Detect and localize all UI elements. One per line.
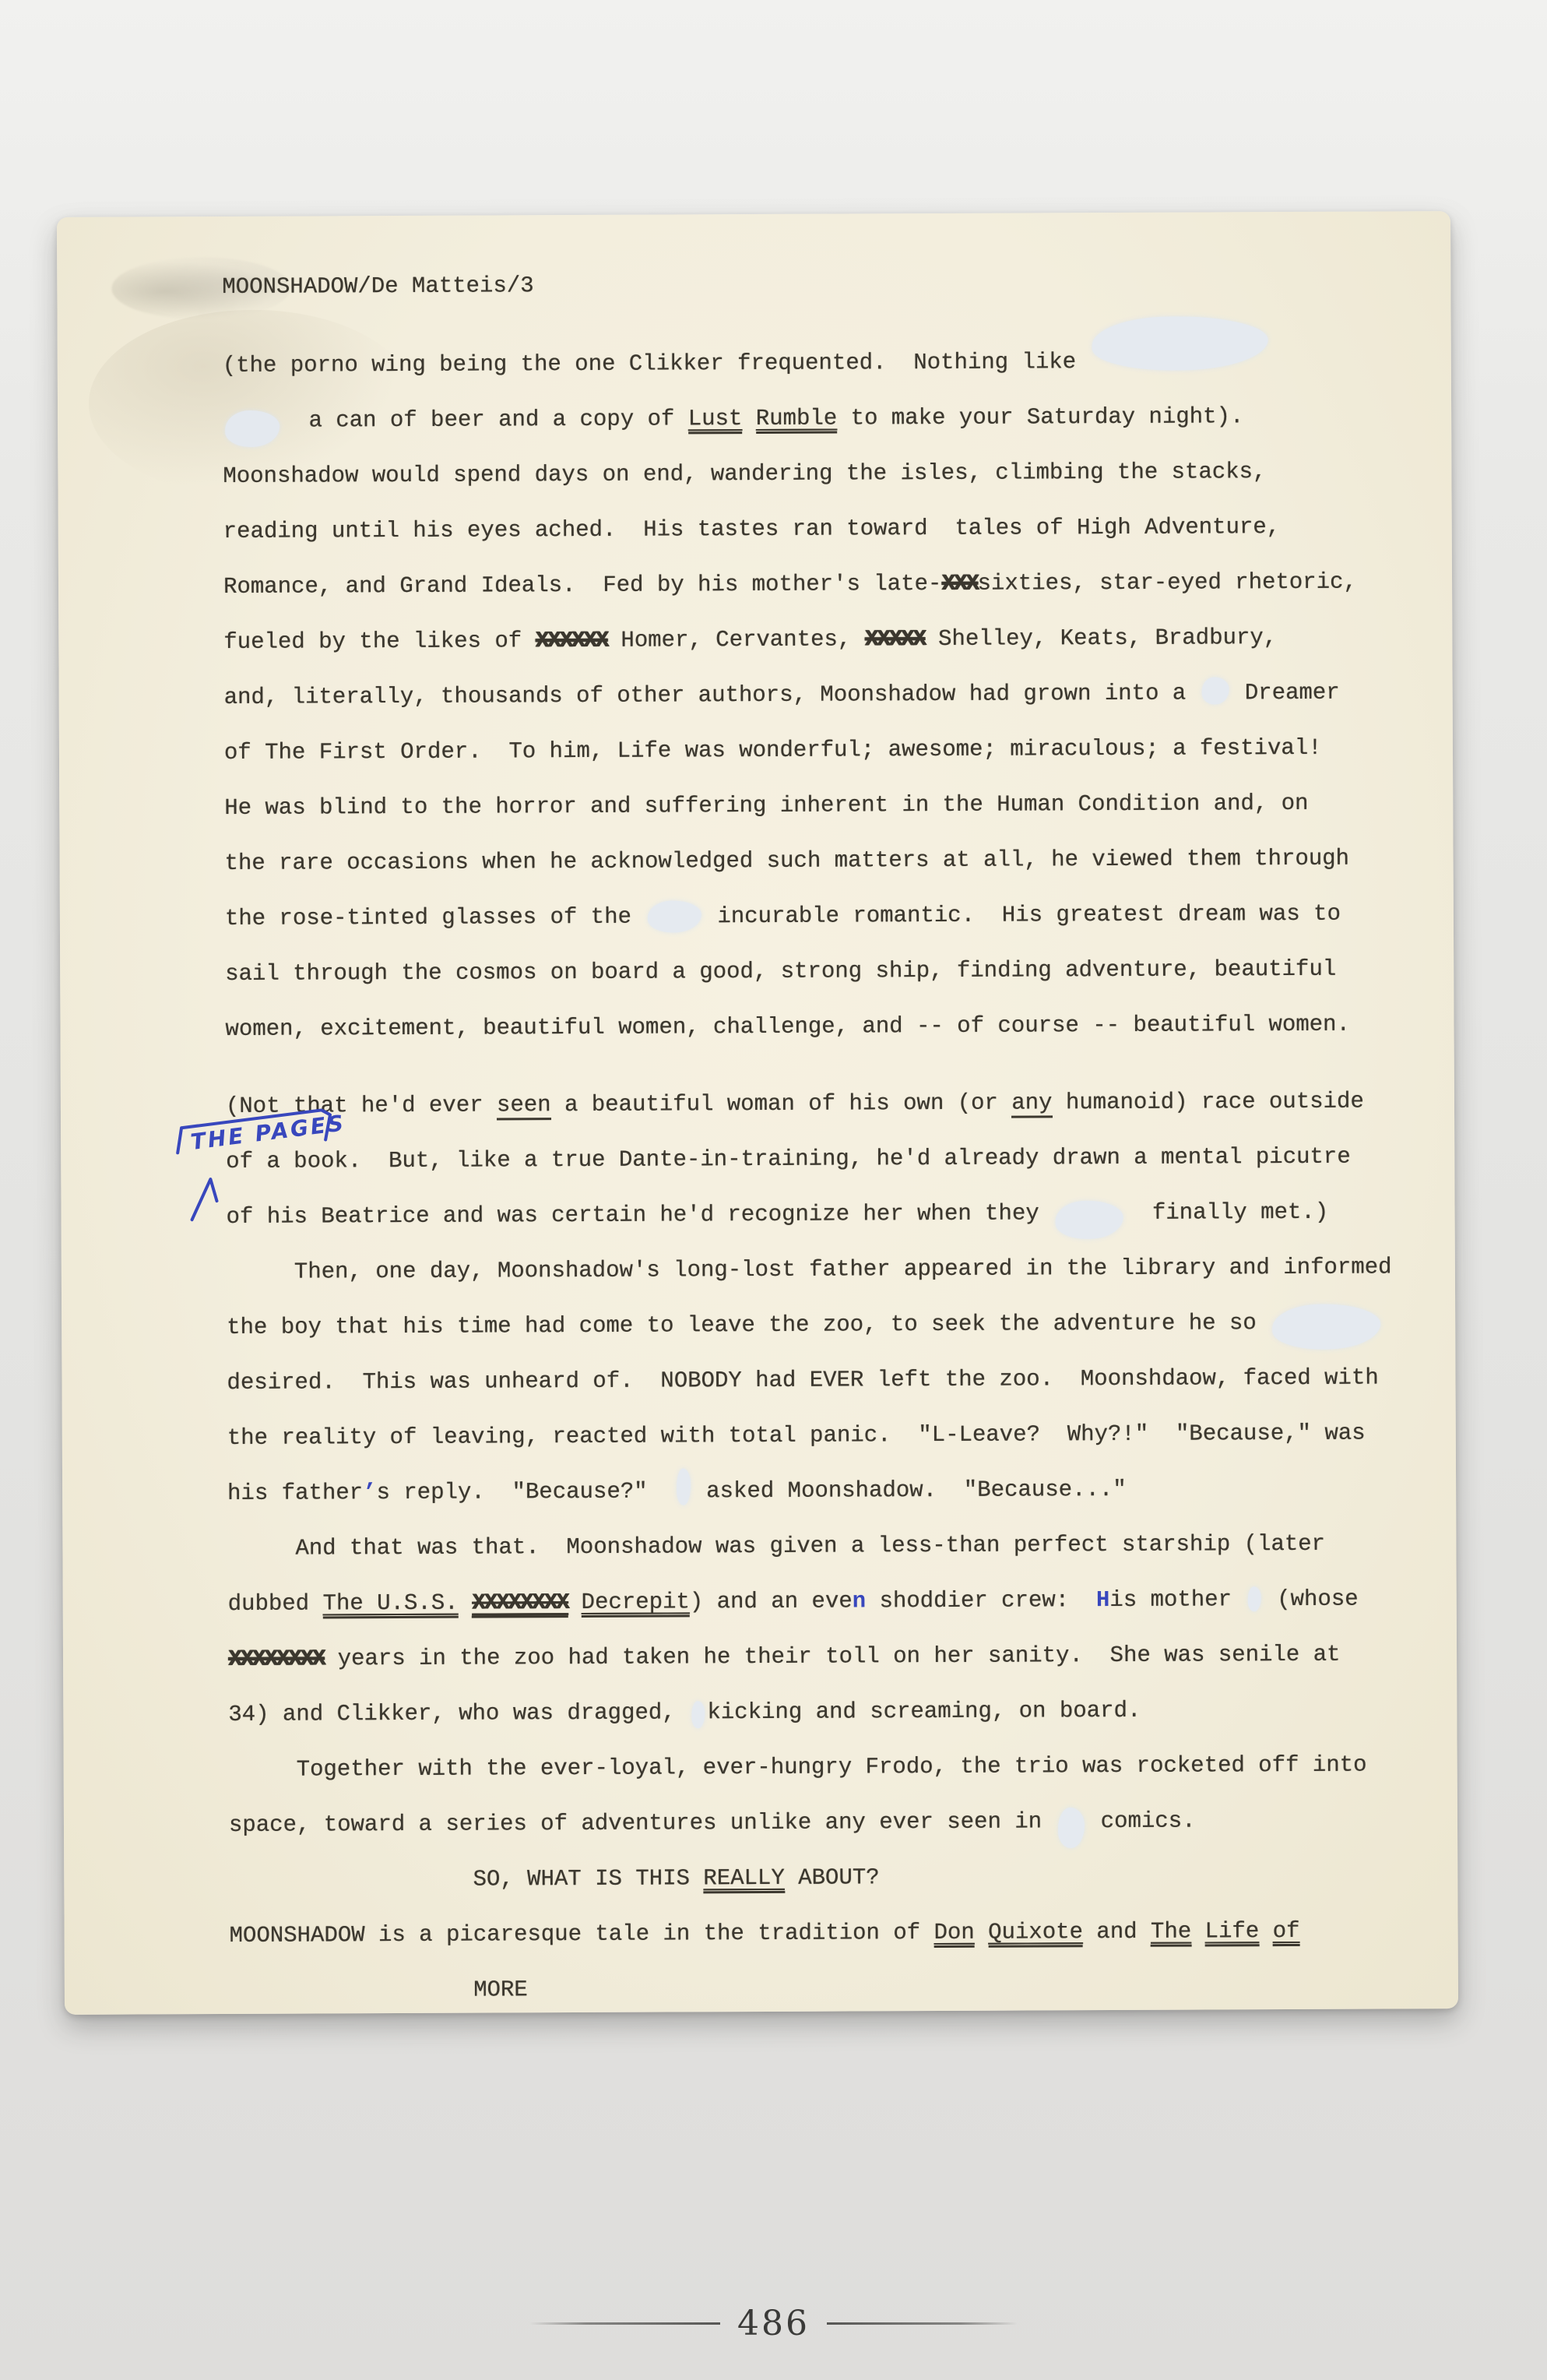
typescript-line: the rose-tinted glasses of the incurable…: [225, 885, 1422, 946]
typescript-line: SO, WHAT IS THIS REALLY ABOUT?: [229, 1847, 1426, 1908]
typed-strikeout: XXXXXXXX: [472, 1590, 568, 1618]
typescript-line: a can of beer and a copy of Lust Rumble …: [223, 388, 1420, 449]
underlined-text: Decrepit: [582, 1589, 690, 1618]
whiteout-patch: [691, 1701, 705, 1728]
typescript-line: and, literally, thousands of other autho…: [224, 664, 1422, 725]
text-segment: asked Moonshadow. "Because...": [693, 1477, 1127, 1504]
text-segment: ABOUT?: [785, 1864, 880, 1891]
blue-ink-correction: n: [853, 1588, 867, 1614]
text-segment: MORE: [230, 1977, 528, 2004]
typescript-line: 34) and Clikker, who was dragged, kickin…: [228, 1681, 1426, 1742]
underlined-text: Life: [1205, 1918, 1260, 1946]
whiteout-patch: [1092, 315, 1268, 371]
typescript-line: Then, one day, Moonshadow's long-lost fa…: [227, 1239, 1424, 1300]
typescript-line: And that was that. Moonshadow was given …: [227, 1516, 1425, 1576]
typescript-line: Moonshadow would spend days on end, wand…: [223, 443, 1420, 504]
typescript-line: Together with the ever-loyal, ever-hungr…: [229, 1737, 1426, 1797]
underlined-text: Don: [933, 1920, 974, 1948]
scan-background: { "colors": { "paper": "#f3eedd", "backg…: [0, 0, 1547, 2380]
page-header: MOONSHADOW/De Matteis/3: [222, 254, 1419, 315]
underlined-text: The U.S.S.: [322, 1590, 458, 1619]
page-number-footer: 486: [0, 2296, 1547, 2350]
text-segment: And that was that. Moonshadow was given …: [227, 1531, 1325, 1561]
underlined-text: Rumble: [756, 406, 838, 434]
text-segment: and: [1083, 1919, 1151, 1945]
text-segment: his father: [227, 1480, 363, 1506]
text-segment: ) and an eve: [690, 1588, 853, 1614]
blue-ink-correction: H: [1096, 1587, 1110, 1613]
underlined-text: Quixote: [988, 1919, 1083, 1948]
text-segment: and, literally, thousands of other autho…: [224, 681, 1200, 710]
typescript-line: MORE: [230, 1958, 1427, 2019]
text-segment: sail through the cosmos on board a good,…: [225, 956, 1336, 987]
text-segment: kicking and screaming, on board.: [707, 1698, 1141, 1725]
whiteout-patch: [1202, 677, 1229, 704]
typescript-line: of his Beatrice and was certain he'd rec…: [226, 1184, 1423, 1245]
typescript-line: dubbed The U.S.S. XXXXXXXX Decrepit) and…: [228, 1571, 1426, 1632]
text-segment: [975, 1920, 989, 1945]
footer-rule-left: [529, 2322, 720, 2325]
text-segment: (the porno wing being the one Clikker fr…: [223, 349, 1090, 378]
underlined-text: of: [1273, 1918, 1300, 1946]
text-segment: the rare occasions when he acknowledged …: [225, 846, 1350, 876]
footer-rule-right: [827, 2322, 1018, 2325]
text-segment: [568, 1590, 582, 1615]
text-segment: women, excitement, beautiful women, chal…: [225, 1012, 1350, 1042]
typescript-line: fueled by the likes of XXXXXX Homer, Cer…: [223, 609, 1421, 670]
whiteout-patch: [1272, 1304, 1380, 1350]
text-segment: [459, 1590, 473, 1616]
typescript-line: of The First Order. To him, Life was won…: [224, 720, 1422, 780]
annotation-caret-arrow: [192, 1179, 216, 1220]
text-segment: s reply. "Because?": [376, 1478, 674, 1505]
typescript-line: reading until his eyes ached. His tastes…: [223, 498, 1421, 559]
text-segment: [742, 406, 756, 431]
typescript-line: his father’s reply. "Because?" asked Moo…: [227, 1460, 1425, 1521]
text-segment: Romance, and Grand Ideals. Fed by his mo…: [223, 571, 941, 600]
typescript-line: sail through the cosmos on board a good,…: [225, 941, 1422, 1002]
text-segment: Dreamer: [1231, 680, 1339, 706]
text-segment: the boy that his time had come to leave …: [227, 1310, 1270, 1340]
text-segment: to make your Saturday night).: [837, 403, 1243, 431]
text-segment: sixties, star-eyed rhetoric,: [978, 569, 1357, 597]
text-segment: desired. This was unheard of. NOBODY had…: [227, 1365, 1378, 1396]
text-segment: 34) and Clikker, who was dragged,: [228, 1699, 689, 1727]
typescript-line: space, toward a series of adventures unl…: [229, 1792, 1426, 1853]
whiteout-patch: [1055, 1200, 1123, 1239]
text-segment: years in the zoo had taken he their toll…: [324, 1642, 1340, 1672]
typescript-line: He was blind to the horror and suffering…: [224, 775, 1422, 836]
text-segment: Together with the ever-loyal, ever-hungr…: [229, 1752, 1367, 1783]
text-segment: He was blind to the horror and suffering…: [224, 790, 1308, 821]
text-segment: Shelley, Keats, Bradbury,: [925, 625, 1278, 652]
typed-strikeout: XXXXXXXX: [228, 1646, 324, 1672]
underlined-text: Lust: [688, 406, 743, 434]
typescript-line: (the porno wing being the one Clikker fr…: [223, 333, 1420, 393]
typescript-line: women, excitement, beautiful women, chal…: [225, 996, 1422, 1057]
text-segment: comics.: [1087, 1808, 1195, 1835]
typescript-line: MOONSHADOW is a picaresque tale in the t…: [229, 1903, 1426, 1963]
typed-strikeout: XXXXXX: [536, 628, 608, 653]
typed-strikeout: XXXXX: [865, 626, 925, 652]
text-segment: [1259, 1918, 1273, 1944]
text-segment: [1191, 1919, 1205, 1945]
underlined-text: The: [1151, 1919, 1191, 1947]
typescript-line: Romance, and Grand Ideals. Fed by his mo…: [223, 554, 1421, 614]
typescript-line: the reality of leaving, reacted with tot…: [227, 1405, 1425, 1466]
text-segment: Moonshadow would spend days on end, wand…: [223, 459, 1266, 489]
text-segment: Homer, Cervantes,: [607, 626, 865, 653]
text-segment: a can of beer and a copy of: [282, 406, 688, 433]
underlined-text: any: [1011, 1090, 1052, 1118]
text-segment: of The First Order. To him, Life was won…: [224, 735, 1322, 766]
blue-ink-correction: ’: [363, 1480, 377, 1505]
underlined-text: REALLY: [703, 1865, 785, 1893]
typescript-line: desired. This was unheard of. NOBODY had…: [227, 1350, 1424, 1410]
whiteout-patch: [647, 900, 701, 932]
typescript-line: of a book. But, like a true Dante-in-tra…: [226, 1128, 1423, 1189]
text-segment: incurable romantic. His greatest dream w…: [704, 901, 1341, 930]
whiteout-patch: [225, 410, 280, 447]
typed-strikeout: XXX: [941, 571, 977, 597]
text-segment: MOONSHADOW is a picaresque tale in the t…: [230, 1920, 934, 1949]
text-segment: fueled by the likes of: [223, 628, 535, 655]
text-segment: SO, WHAT IS THIS: [229, 1865, 703, 1893]
text-segment: Then, one day, Moonshadow's long-lost fa…: [227, 1254, 1392, 1285]
typescript-line: XXXXXXXX years in the zoo had taken he t…: [228, 1626, 1426, 1687]
page-number: 486: [737, 2304, 810, 2343]
text-segment: humanoid) race outside: [1052, 1089, 1363, 1116]
text-segment: the rose-tinted glasses of the: [225, 904, 645, 931]
text-segment: finally met.): [1125, 1199, 1328, 1226]
typescript-line: the rare occasions when he acknowledged …: [224, 830, 1422, 891]
whiteout-patch: [677, 1469, 691, 1505]
text-segment: space, toward a series of adventures unl…: [229, 1808, 1056, 1838]
text-segment: the reality of leaving, reacted with tot…: [227, 1421, 1366, 1451]
text-segment: reading until his eyes ached. His tastes…: [223, 514, 1281, 544]
typescript-line: (Not that he'd ever seen a beautiful wom…: [226, 1073, 1423, 1134]
underlined-text: seen: [497, 1092, 551, 1120]
whiteout-patch: [1247, 1587, 1261, 1612]
text-segment: (whose: [1264, 1586, 1359, 1613]
text-segment: a beautiful woman of his own (or: [551, 1090, 1012, 1118]
text-segment: is mother: [1109, 1586, 1245, 1613]
text-segment: shoddier crew:: [866, 1587, 1096, 1614]
manuscript-page: MOONSHADOW/De Matteis/3 (the porno wing …: [57, 211, 1458, 2015]
margin-annotation-the-pages: THE PAGES: [170, 1104, 404, 1237]
text-segment: dubbed: [228, 1590, 323, 1617]
typescript-line: the boy that his time had come to leave …: [227, 1294, 1424, 1355]
whiteout-patch: [1057, 1808, 1085, 1848]
